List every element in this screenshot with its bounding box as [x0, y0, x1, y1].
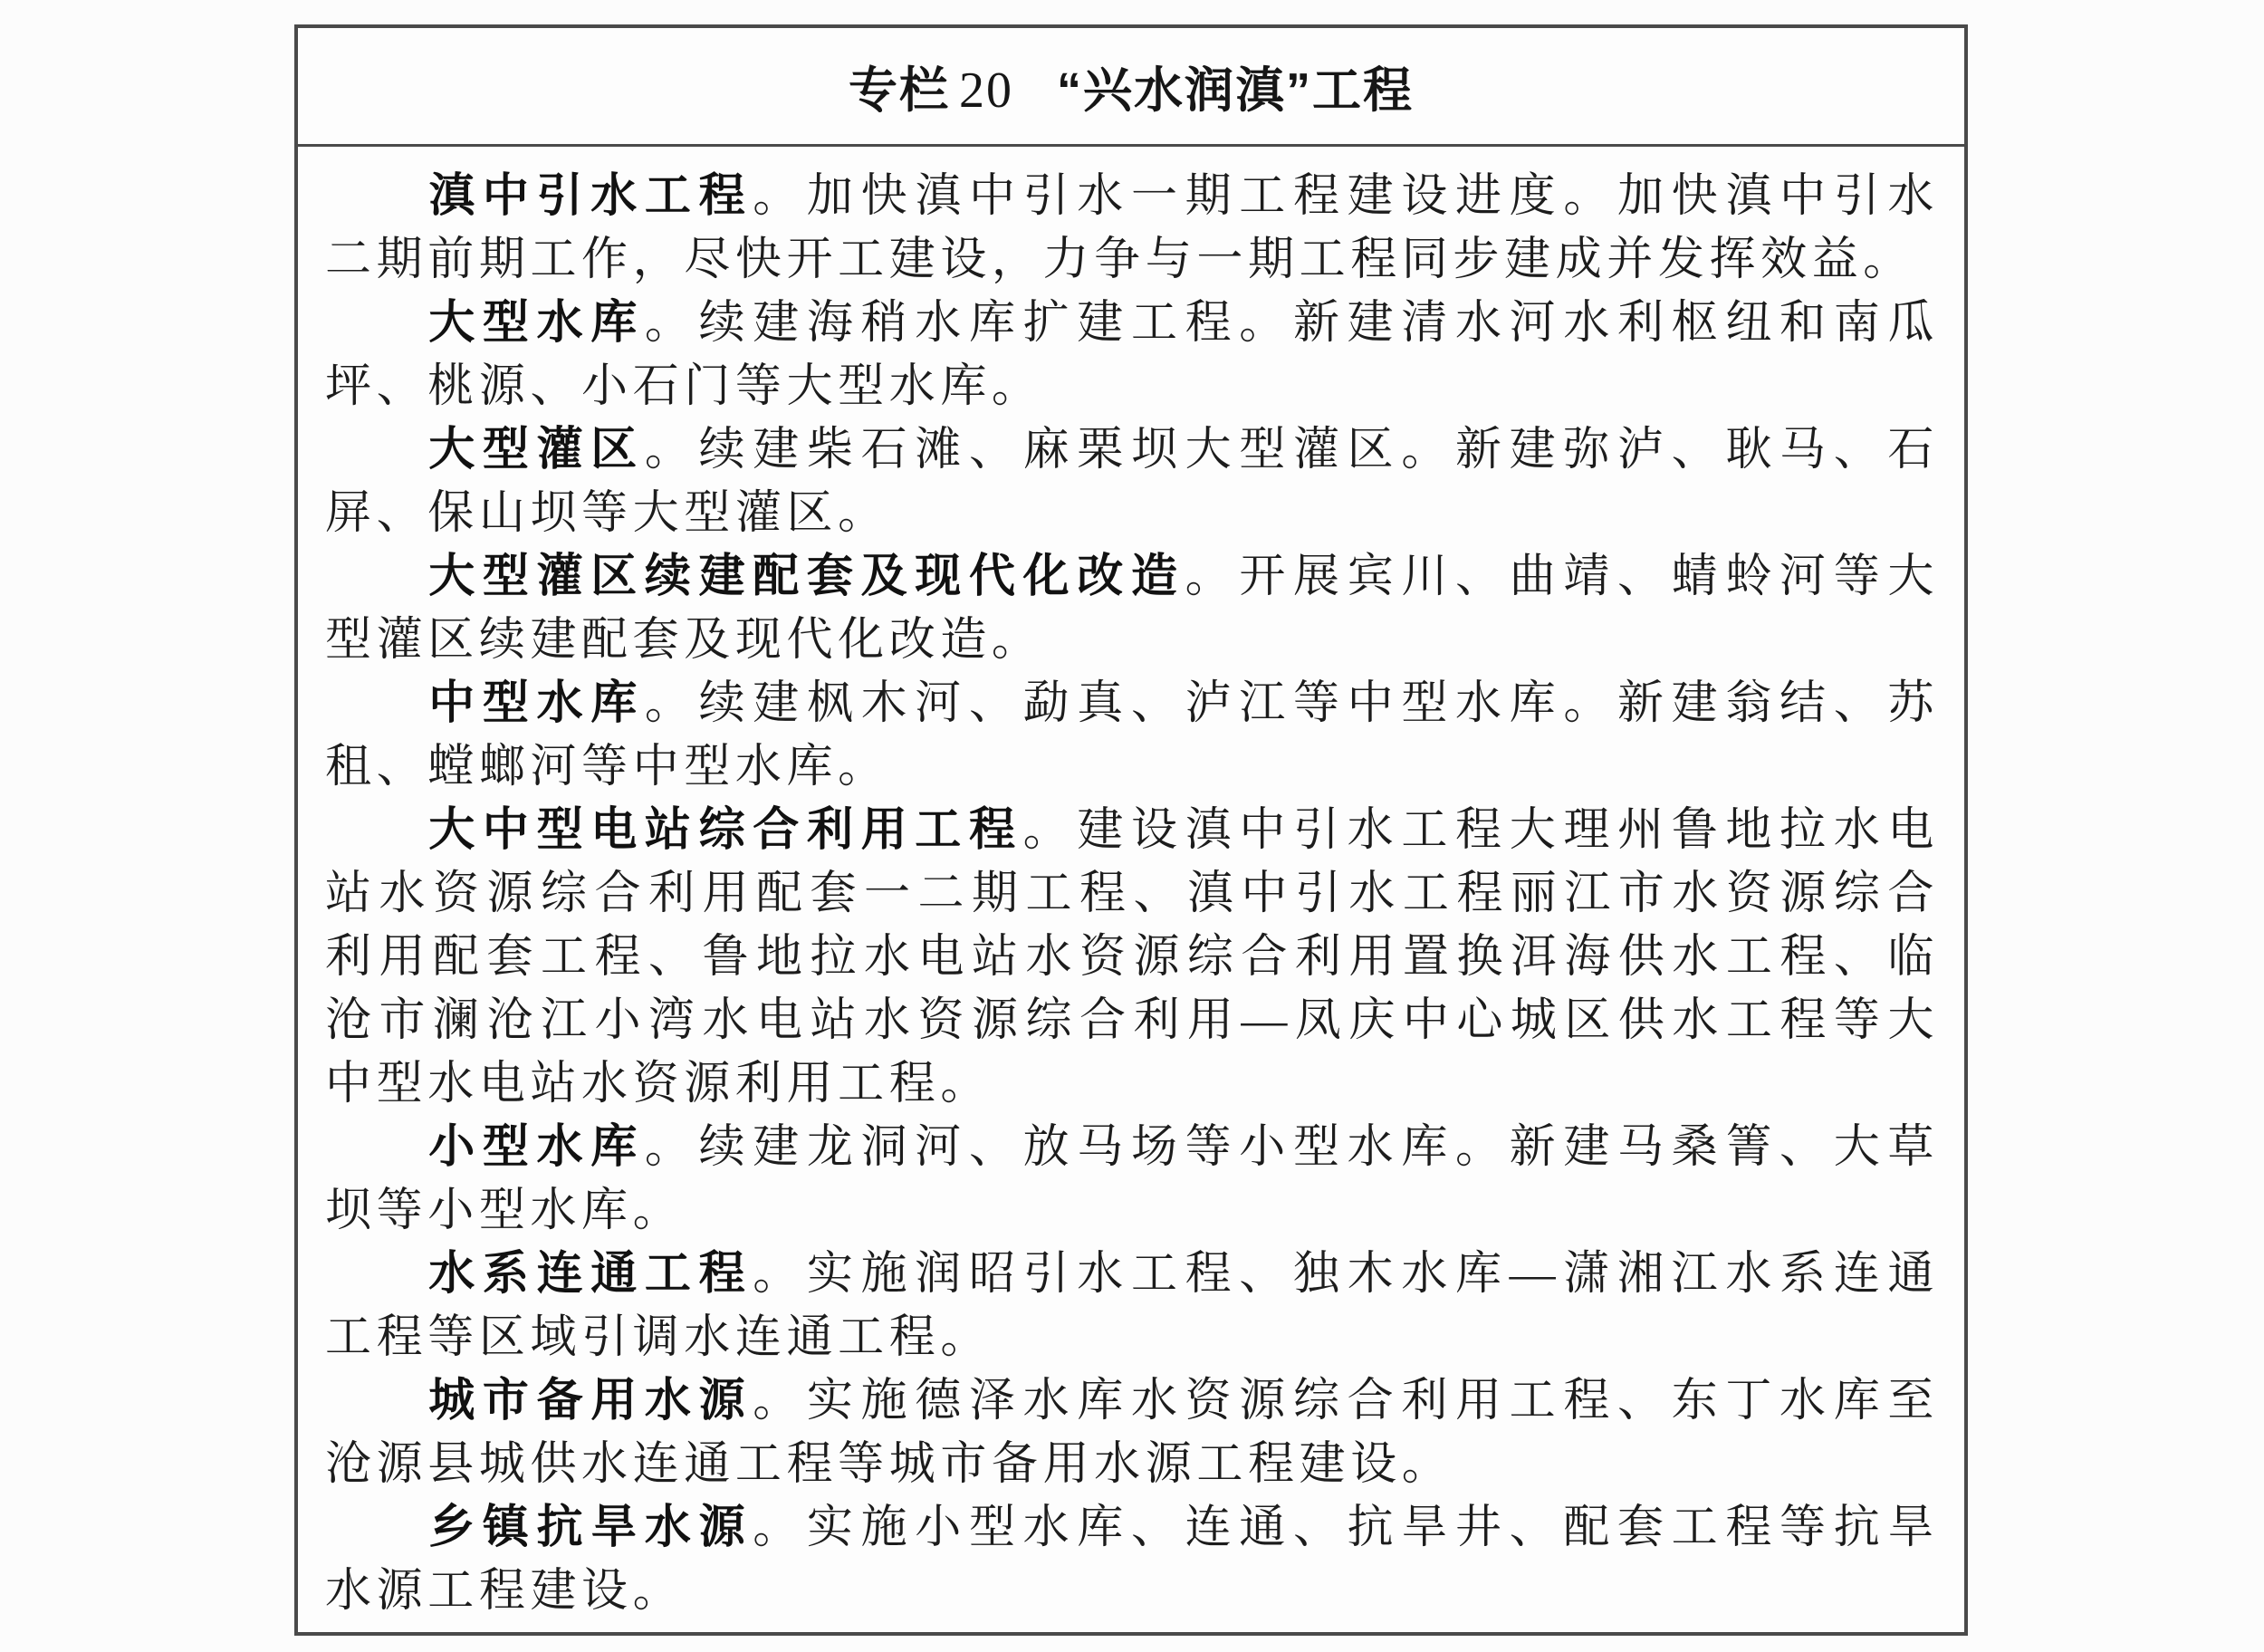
- paragraph-lead: 大型灌区: [428, 425, 645, 475]
- text-line: 二期前期工作，尽快开工建设，力争与一期工程同步建成并发挥效益。: [325, 228, 1939, 292]
- paragraph-lead: 中型水库: [428, 678, 645, 729]
- text-line: 大型灌区续建配套及现代化改造。开展宾川、曲靖、蜻蛉河等大: [325, 545, 1939, 609]
- text-line: 城市备用水源。实施德泽水库水资源综合利用工程、东丁水库至: [325, 1369, 1939, 1433]
- text-line: 大型灌区。续建柴石滩、麻栗坝大型灌区。新建弥泸、耿马、石: [325, 418, 1939, 482]
- paragraph-lead: 水系连通工程: [428, 1249, 753, 1300]
- paragraph-lead: 大型灌区续建配套及现代化改造: [428, 552, 1185, 602]
- text-line: 滇中引水工程。加快滇中引水一期工程建设进度。加快滇中引水: [325, 165, 1939, 228]
- text-line: 站水资源综合利用配套一二期工程、滇中引水工程丽江市水资源综合: [325, 862, 1939, 926]
- column-box-title: 专栏20“兴水润滇”工程: [849, 52, 1414, 121]
- paragraph-lead: 大型水库: [428, 298, 645, 349]
- column-box-body: 滇中引水工程。加快滇中引水一期工程建设进度。加快滇中引水二期前期工作，尽快开工建…: [298, 147, 1964, 1623]
- paragraph-lead: 小型水库: [428, 1122, 645, 1173]
- text-line: 型灌区续建配套及现代化改造。: [325, 609, 1939, 672]
- text-line: 大中型电站综合利用工程。建设滇中引水工程大理州鲁地拉水电: [325, 799, 1939, 862]
- text-line: 坪、桃源、小石门等大型水库。: [325, 355, 1939, 418]
- text-line: 利用配套工程、鲁地拉水电站水资源综合利用置换洱海供水工程、临: [325, 926, 1939, 989]
- text-line: 乡镇抗旱水源。实施小型水库、连通、抗旱井、配套工程等抗旱: [325, 1496, 1939, 1560]
- text-line: 水源工程建设。: [325, 1560, 1939, 1623]
- text-line: 租、螳螂河等中型水库。: [325, 735, 1939, 799]
- text-line: 沧市澜沧江小湾水电站水资源综合利用—凤庆中心城区供水工程等大: [325, 989, 1939, 1052]
- paragraph-lead: 滇中引水工程: [428, 171, 753, 222]
- text-line: 中型水电站水资源利用工程。: [325, 1052, 1939, 1116]
- text-line: 中型水库。续建枫木河、勐真、泸江等中型水库。新建翁结、苏: [325, 672, 1939, 735]
- text-line: 沧源县城供水连通工程等城市备用水源工程建设。: [325, 1433, 1939, 1496]
- text-line: 坝等小型水库。: [325, 1179, 1939, 1243]
- text-line: 水系连通工程。实施润昭引水工程、独木水库—潇湘江水系连通: [325, 1243, 1939, 1306]
- paragraph-lead: 城市备用水源: [428, 1376, 753, 1426]
- paragraph-lead: 乡镇抗旱水源: [428, 1503, 753, 1553]
- text-line: 小型水库。续建龙洞河、放马场等小型水库。新建马桑箐、大草: [325, 1116, 1939, 1179]
- text-line: 大型水库。续建海稍水库扩建工程。新建清水河水利枢纽和南瓜: [325, 292, 1939, 355]
- text-line: 工程等区域引调水连通工程。: [325, 1306, 1939, 1369]
- column-box-header: 专栏20“兴水润滇”工程: [298, 28, 1964, 147]
- text-line: 屏、保山坝等大型灌区。: [325, 482, 1939, 545]
- column-box: 专栏20“兴水润滇”工程 滇中引水工程。加快滇中引水一期工程建设进度。加快滇中引…: [294, 24, 1968, 1636]
- column-title-text: “兴水润滇”工程: [1057, 63, 1414, 118]
- document-page: 专栏20“兴水润滇”工程 滇中引水工程。加快滇中引水一期工程建设进度。加快滇中引…: [0, 0, 2264, 1652]
- column-label: 专栏: [849, 63, 950, 118]
- paragraph-lead: 大中型电站综合利用工程: [428, 805, 1022, 856]
- column-number: 20: [959, 62, 1013, 119]
